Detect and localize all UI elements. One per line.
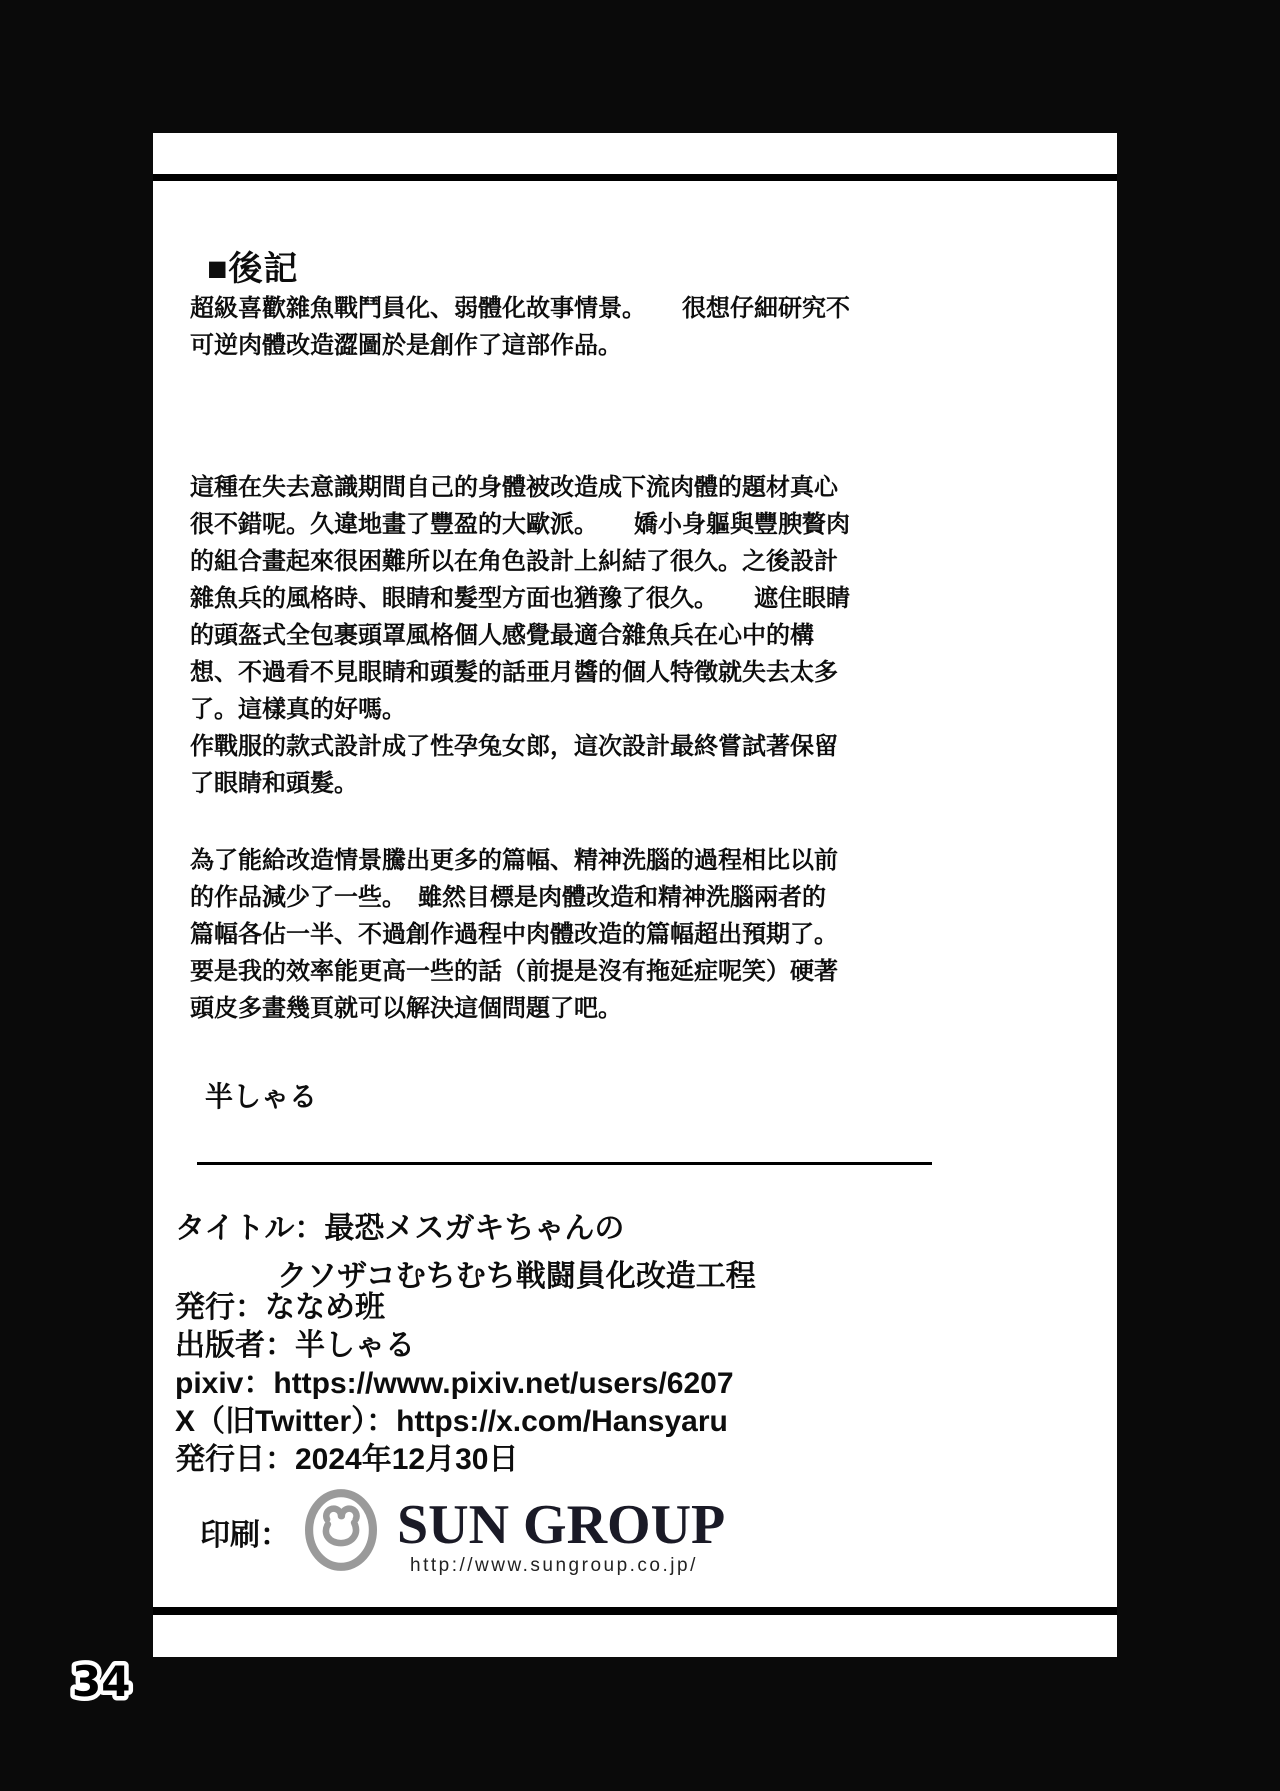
afterword-paragraph-1: 超級喜歡雜魚戰鬥員化、弱體化故事情景。 很想仔細研究不 可逆肉體改造澀圖於是創作… [190, 290, 850, 364]
paragraph-line: 了眼睛和頭髮。 [190, 765, 850, 802]
colophon-details: 発行：ななめ班 出版者：半しゃる pixiv：https://www.pixiv… [175, 1289, 734, 1479]
paragraph-line: 的頭盔式全包裹頭罩風格個人感覺最適合雜魚兵在心中的構 [190, 617, 850, 654]
paragraph-line: 雜魚兵的風格時、眼睛和髮型方面也猶豫了很久。 遮住眼睛 [190, 580, 850, 617]
scanned-page-background: ■後記 超級喜歡雜魚戰鬥員化、弱體化故事情景。 很想仔細研究不 可逆肉體改造澀圖… [0, 0, 1280, 1791]
afterword-paragraph-2: 這種在失去意識期間自己的身體被改造成下流肉體的題材真心 很不錯呢。久違地畫了豐盈… [190, 469, 850, 802]
paragraph-line: 可逆肉體改造澀圖於是創作了這部作品。 [190, 327, 850, 364]
colophon-divider-rule [197, 1162, 932, 1165]
colophon-title-line1: タイトル：最恐メスガキちゃんの [175, 1205, 756, 1253]
afterword-page: ■後記 超級喜歡雜魚戰鬥員化、弱體化故事情景。 很想仔細研究不 可逆肉體改造澀圖… [153, 133, 1117, 1657]
colophon-pixiv-url: pixiv：https://www.pixiv.net/users/6207 [175, 1365, 734, 1403]
printer-label: 印刷： [200, 1510, 290, 1554]
colophon-author: 出版者：半しゃる [175, 1327, 734, 1365]
paragraph-line: 這種在失去意識期間自己的身體被改造成下流肉體的題材真心 [190, 469, 850, 506]
paragraph-line: 的組合畫起來很困難所以在角色設計上糾結了很久。之後設計 [190, 543, 850, 580]
afterword-paragraph-3: 為了能給改造情景騰出更多的篇幅、精神洗腦的過程相比以前 的作品減少了一些。 雖然… [190, 842, 838, 1027]
bottom-frame-rule [153, 1607, 1117, 1615]
page-number: 34 [56, 1648, 166, 1723]
paragraph-line: 作戰服的款式設計成了性孕兔女郎，這次設計最終嘗試著保留 [190, 728, 850, 765]
paragraph-line: 要是我的效率能更高一些的話（前提是沒有拖延症呢笑）硬著 [190, 953, 838, 990]
colophon-title: タイトル：最恐メスガキちゃんの クソザコむちむち戦闘員化改造工程 [175, 1205, 756, 1301]
sun-group-logo-icon [300, 1485, 382, 1580]
colophon-x-url: X（旧Twitter）：https://x.com/Hansyaru [175, 1403, 734, 1441]
paragraph-line: 篇幅各佔一半、不過創作過程中肉體改造的篇幅超出預期了。 [190, 916, 838, 953]
sun-group-url: http://www.sungroup.co.jp/ [410, 1555, 698, 1577]
paragraph-line: 為了能給改造情景騰出更多的篇幅、精神洗腦的過程相比以前 [190, 842, 838, 879]
paragraph-line: 的作品減少了一些。 雖然目標是肉體改造和精神洗腦兩者的 [190, 879, 838, 916]
top-frame-rule [153, 174, 1117, 181]
printer-credit-row: 印刷： SUN GROUP http://www.sungroup.co.jp/ [200, 1485, 960, 1605]
afterword-heading: ■後記 [207, 241, 299, 290]
page-number-text: 34 [72, 1657, 130, 1706]
paragraph-line: 頭皮多畫幾頁就可以解決這個問題了吧。 [190, 990, 838, 1027]
paragraph-line: 很不錯呢。久違地畫了豐盈的大歐派。 嬌小身軀與豐腴贅肉 [190, 506, 850, 543]
colophon-publish-date: 発行日：2024年12月30日 [175, 1441, 734, 1479]
paragraph-line: 了。這樣真的好嗎。 [190, 691, 850, 728]
author-signature: 半しゃる [205, 1075, 317, 1115]
paragraph-line: 超級喜歡雜魚戰鬥員化、弱體化故事情景。 很想仔細研究不 [190, 290, 850, 327]
paragraph-line: 想、不過看不見眼睛和頭髮的話亜月醬的個人特徵就失去太多 [190, 654, 850, 691]
sun-group-logo-text: SUN GROUP [397, 1493, 725, 1557]
colophon-publisher-circle: 発行：ななめ班 [175, 1289, 734, 1327]
